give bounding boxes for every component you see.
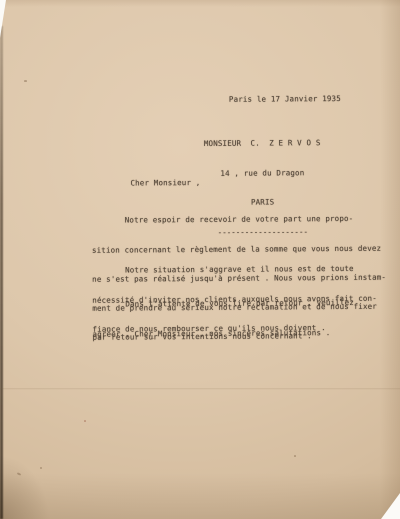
body-line: Dans l'attente de vous lire par retour ,…: [92, 298, 380, 310]
typewritten-text: Paris le 17 Janvier 1935 MONSIEUR C. Z E…: [0, 0, 400, 519]
paragraph-3: Dans l'attente de vous lire par retour ,…: [92, 279, 381, 359]
body-line: Notre espoir de recevoir de votre part u…: [92, 214, 380, 226]
letter-paper: Paris le 17 Janvier 1935 MONSIEUR C. Z E…: [0, 0, 400, 519]
recipient-name: MONSIEUR C. Z E R V O S: [203, 139, 321, 150]
recipient-address: 14 , rue du Dragon: [203, 168, 321, 179]
salutation: Cher Monsieur ,: [130, 178, 200, 188]
body-line: agréer , Cher Monsieur , nos sincères sa…: [92, 327, 380, 339]
date-line: Paris le 17 Janvier 1935: [229, 94, 341, 104]
scanned-letter: Paris le 17 Janvier 1935 MONSIEUR C. Z E…: [0, 0, 400, 519]
body-line: Notre situation s'aggrave et il nous est…: [92, 264, 380, 276]
